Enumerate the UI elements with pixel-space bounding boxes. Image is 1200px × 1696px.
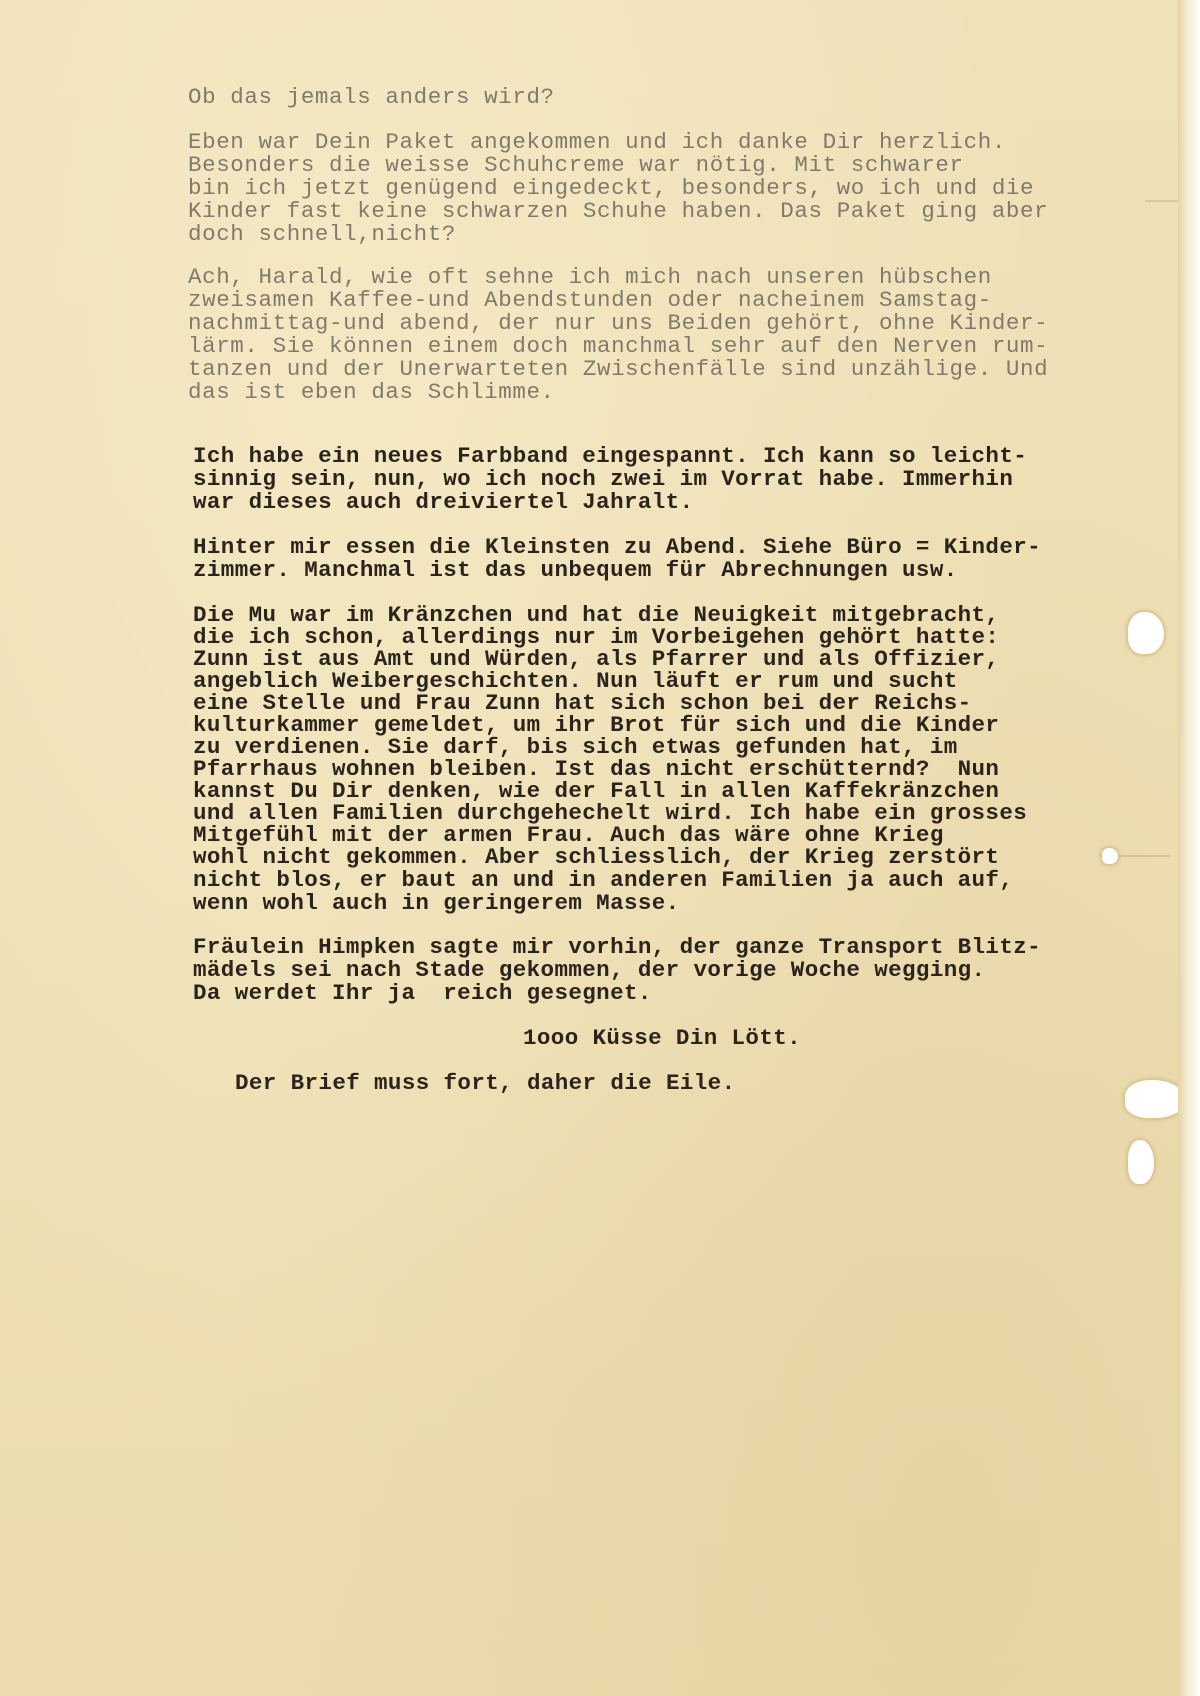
text-line: Ach, Harald, wie oft sehne ich mich nach… (188, 266, 992, 289)
text-line: wenn wohl auch in geringerem Masse. (193, 892, 680, 915)
text-line: zweisamen Kaffee-und Abendstunden oder n… (188, 289, 992, 312)
text-line: nicht blos, er baut an und in anderen Fa… (193, 869, 1013, 892)
paper-tear (1102, 848, 1118, 864)
letter-paper: Ob das jemals anders wird? Eben war Dein… (0, 0, 1182, 1696)
text-line: das ist eben das Schlimme. (188, 381, 555, 404)
opening-line: Ob das jemals anders wird? (188, 86, 555, 109)
text-line: nachmittag-und abend, der nur uns Beiden… (188, 312, 1048, 335)
text-line: Besonders die weisse Schuhcreme war nöti… (188, 154, 964, 177)
closing-signature: 1ooo Küsse Din Lött. (523, 1027, 801, 1050)
postscript: Der Brief muss fort, daher die Eile. (235, 1072, 735, 1095)
text-line: Kinder fast keine schwarzen Schuhe haben… (188, 200, 1048, 223)
text-line: Hinter mir essen die Kleinsten zu Abend.… (193, 536, 1041, 559)
text-line: Da werdet Ihr ja reich gesegnet. (193, 982, 652, 1005)
paper-edge (1178, 0, 1200, 1696)
text-line: doch schnell,nicht? (188, 223, 456, 246)
paper-tear (1128, 612, 1164, 654)
text-line: mädels sei nach Stade gekommen, der vori… (193, 959, 985, 982)
text-line: sinnig sein, nun, wo ich noch zwei im Vo… (193, 468, 1013, 491)
text-line: Ich habe ein neues Farbband eingespannt.… (193, 445, 1027, 468)
text-line: wohl nicht gekommen. Aber schliesslich, … (193, 846, 999, 869)
text-line: war dieses auch dreiviertel Jahralt. (193, 491, 693, 514)
text-line: lärm. Sie können einem doch manchmal seh… (188, 335, 1048, 358)
text-line: zimmer. Manchmal ist das unbequem für Ab… (193, 559, 958, 582)
text-line: Fräulein Himpken sagte mir vorhin, der g… (193, 936, 1041, 959)
text-line: Eben war Dein Paket angekommen und ich d… (188, 131, 1006, 154)
paper-tear (1128, 1140, 1154, 1184)
text-line: bin ich jetzt genügend eingedeckt, beson… (188, 177, 1034, 200)
paper-tear (1125, 1080, 1185, 1118)
text-line: tanzen und der Unerwarteten Zwischenfäll… (188, 358, 1048, 381)
